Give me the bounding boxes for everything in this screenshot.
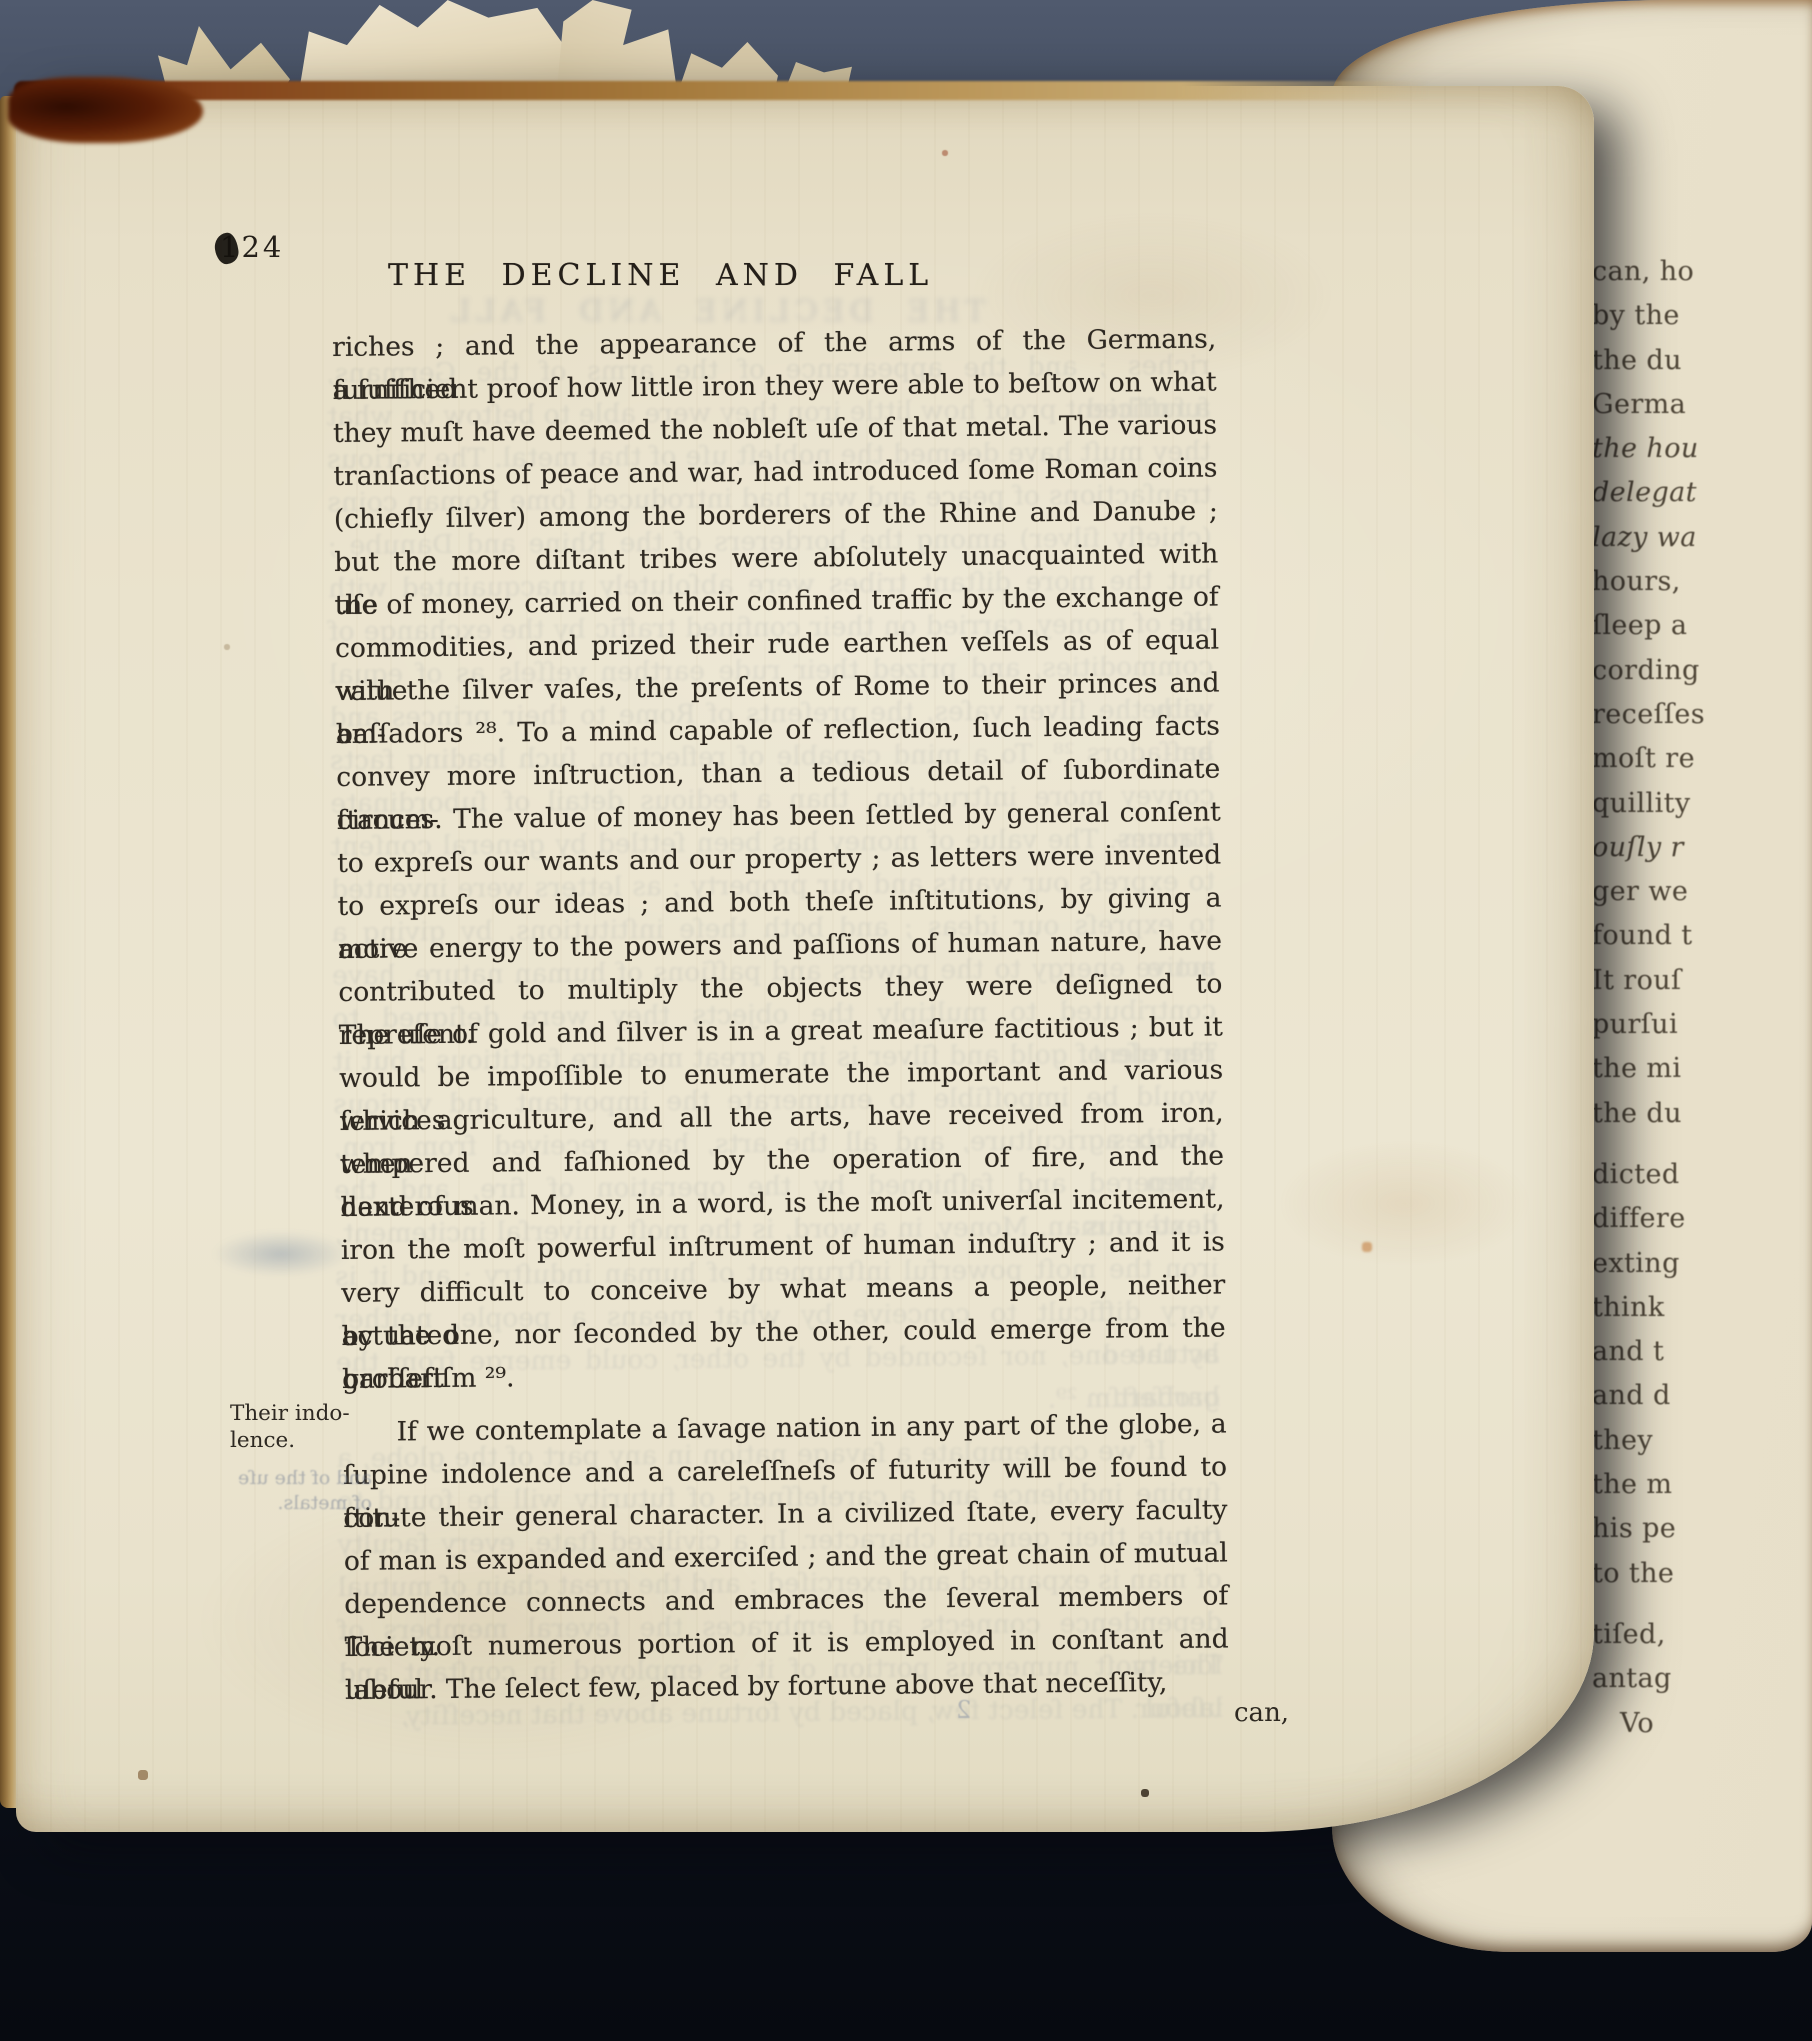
facing-page-line-fragment: and t — [1592, 1330, 1705, 1374]
facing-page-line-fragment: hours, — [1592, 560, 1705, 604]
facing-page-line-fragment: the mi — [1592, 1047, 1705, 1091]
margin-note-line: lence. — [230, 1427, 380, 1454]
facing-page-line-fragment: moſt re — [1592, 737, 1705, 781]
margin-note-line: Their indo- — [230, 1400, 380, 1427]
facing-page-text-fragments: can, hoby thethe duGermathe houdelegatla… — [1592, 250, 1705, 1746]
book-photo-background: can, hoby thethe duGermathe houdelegatla… — [0, 0, 1812, 2041]
facing-page-line-fragment: purſui — [1592, 1003, 1705, 1047]
book-page: THE DECLINE AND FALL riches ; and the ap… — [16, 86, 1594, 1832]
facing-page-line-fragment: by the — [1592, 294, 1705, 338]
facing-page-line-fragment: differe — [1592, 1197, 1705, 1241]
facing-page-line-fragment: cording — [1592, 649, 1705, 693]
text-line: by the one, nor ſeconded by the other, c… — [341, 1306, 1225, 1357]
facing-page-line-fragment: the hou — [1592, 427, 1705, 471]
bleedthrough-smudge — [214, 1232, 348, 1276]
facing-page-line-fragment: It rouſ — [1592, 959, 1705, 1003]
page-edge-stack — [0, 96, 17, 1808]
facing-page-line-fragment: found t — [1592, 914, 1705, 958]
facing-page-line-fragment: the du — [1592, 339, 1705, 383]
facing-page-line-fragment: lazy wa — [1592, 516, 1705, 560]
facing-page-line-fragment: to the — [1592, 1552, 1705, 1596]
paragraph: If we contemplate a ſavage nation in any… — [342, 1402, 1229, 1711]
facing-page-line-fragment: antag — [1592, 1657, 1705, 1701]
facing-page-line-fragment: they — [1592, 1419, 1705, 1463]
running-head: THE DECLINE AND FALL — [388, 258, 933, 293]
burnt-corner — [8, 77, 203, 143]
facing-page-line-fragment: delegat — [1592, 471, 1705, 515]
bleedthrough-margin-line: and of the uſe — [222, 1466, 372, 1491]
facing-page-line-fragment: can, ho — [1592, 250, 1705, 294]
facing-page-line-fragment: the du — [1592, 1092, 1705, 1136]
bleedthrough-margin-line: of metals. — [222, 1491, 372, 1516]
facing-page-line-fragment: tiſed, — [1592, 1613, 1705, 1657]
facing-page-line-fragment: dicted — [1592, 1153, 1705, 1197]
facing-page-line-fragment: and d — [1592, 1374, 1705, 1418]
text-line: barbariſm ²⁹. — [342, 1349, 1226, 1400]
facing-page-line-fragment: think — [1592, 1286, 1705, 1330]
bleedthrough-margin-note: and of the uſeof metals. — [222, 1466, 372, 1516]
facing-page-line-fragment: his pe — [1592, 1507, 1705, 1551]
facing-page-line-fragment: ouſly r — [1592, 826, 1705, 870]
facing-page-line-fragment: quillity — [1592, 782, 1705, 826]
paper-specks — [16, 86, 18, 88]
bleedthrough-signature-mark: 2 — [956, 1696, 971, 1724]
facing-page-line-fragment: ſleep a — [1592, 604, 1705, 648]
facing-page-line-fragment: Germa — [1592, 383, 1705, 427]
facing-page-line-fragment: receſſes — [1592, 693, 1705, 737]
facing-page-line-fragment: ger we — [1592, 870, 1705, 914]
catchword: can, — [1234, 1698, 1289, 1728]
margin-note: Their indo-lence. — [230, 1400, 380, 1454]
facing-page-line-fragment: Vo — [1592, 1702, 1705, 1746]
paragraph: riches ; and the appearance of the arms … — [332, 318, 1226, 1401]
facing-page-line-fragment: exting — [1592, 1242, 1705, 1286]
text-line: labour. The ſelect few, placed by fortun… — [345, 1660, 1229, 1711]
burnt-top-edge — [14, 81, 1474, 100]
facing-page-line-fragment: the m — [1592, 1463, 1705, 1507]
page-body: riches ; and the appearance of the arms … — [332, 318, 1229, 1712]
